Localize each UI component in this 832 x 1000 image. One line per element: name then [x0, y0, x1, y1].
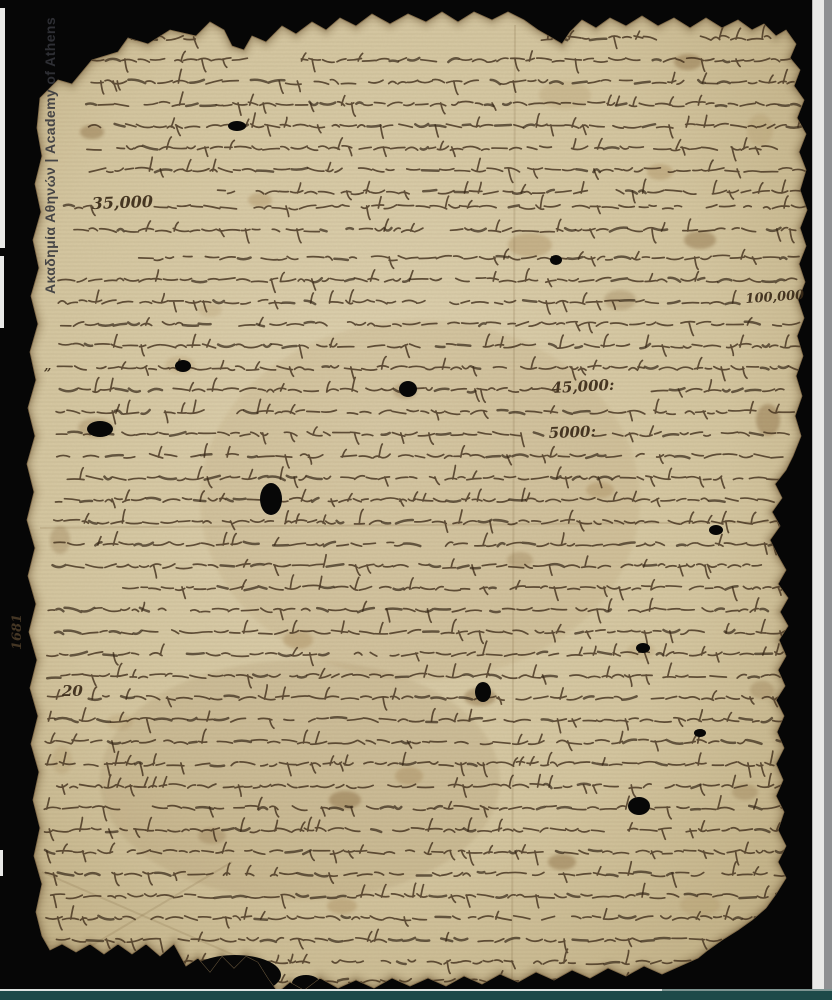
archive-watermark: Ακαδημία Αθηνών | Academy of Athens	[42, 36, 58, 294]
window-edge-sliver	[0, 850, 3, 876]
legible-token: 45,000:	[551, 378, 615, 396]
legible-token: 5000:	[548, 424, 596, 441]
legible-token: 100,000	[745, 289, 805, 306]
window-edge	[824, 0, 832, 1000]
paper-surface	[0, 0, 832, 1000]
marginalia-date: 1681	[10, 560, 25, 650]
legible-token: 35,000	[91, 194, 153, 212]
legible-token: „	[44, 360, 51, 373]
legible-token: 20	[62, 684, 83, 699]
manuscript-scan	[0, 0, 832, 1000]
window-edge-sliver	[0, 256, 4, 328]
status-bar-highlight-dim	[662, 989, 832, 991]
window-edge-sliver	[0, 8, 5, 248]
manuscript-viewer: Ακαδημία Αθηνών | Academy of Athens 1681…	[0, 0, 832, 1000]
status-bar	[0, 990, 832, 1000]
status-bar-highlight	[0, 989, 662, 991]
